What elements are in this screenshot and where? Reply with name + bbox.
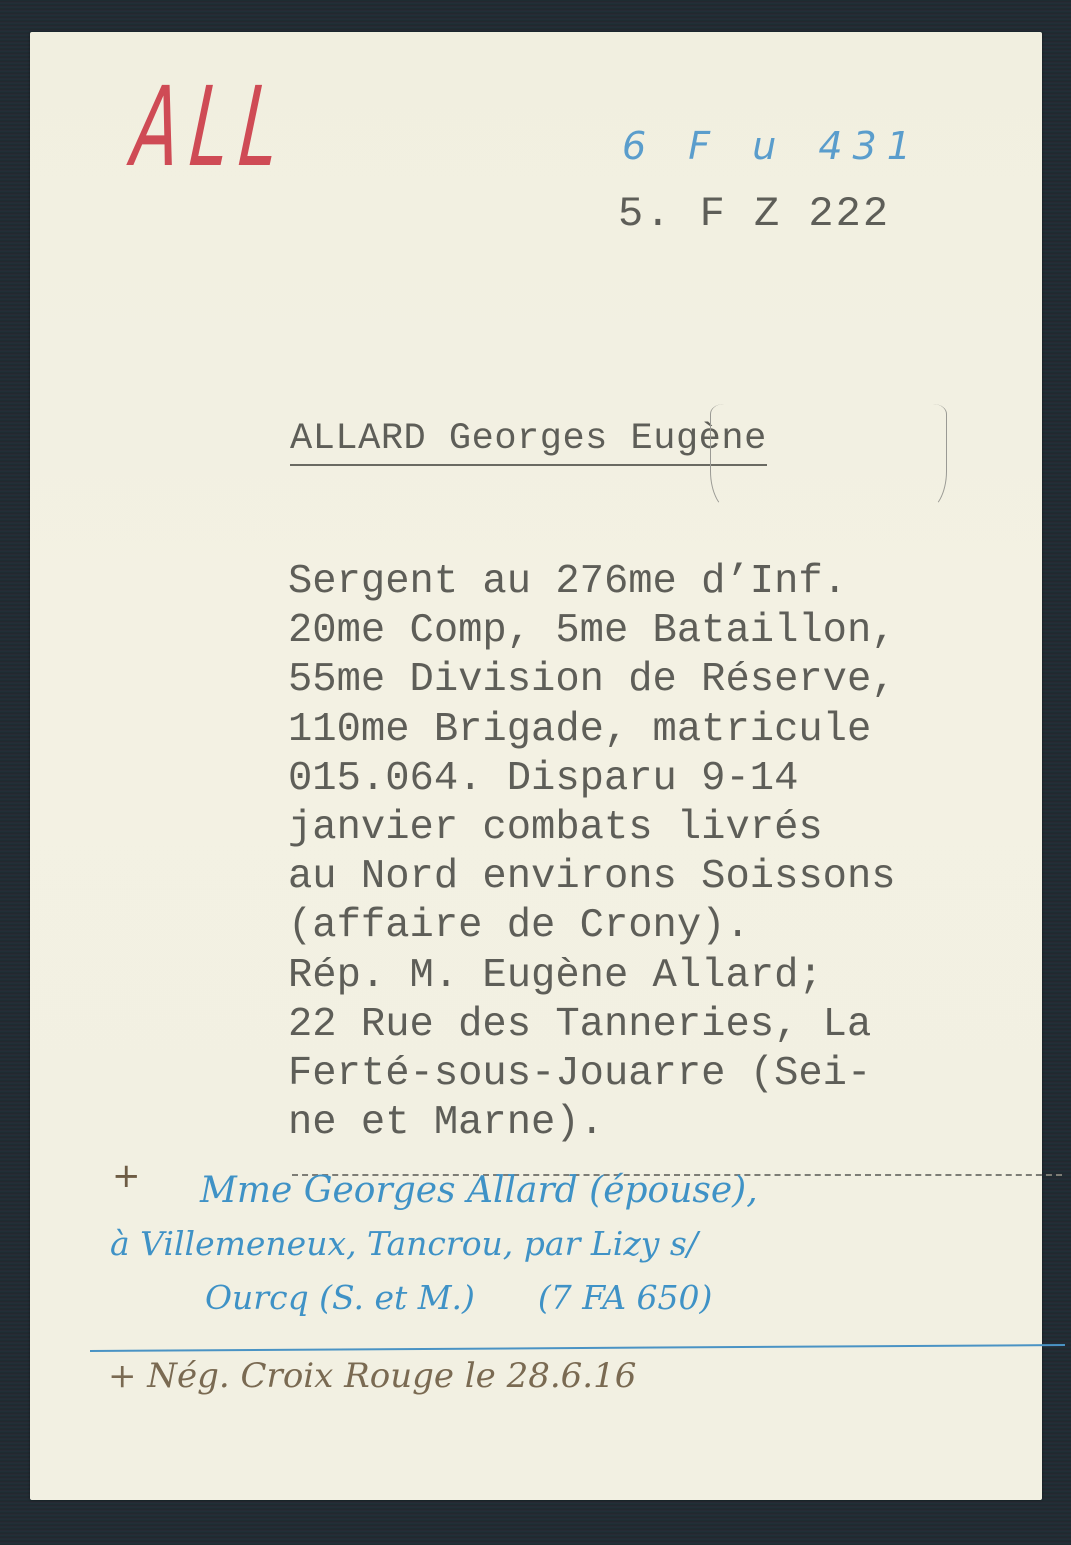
body-line: Ferté-sous-Jouarre (Sei- (288, 1051, 871, 1097)
body-line: Sergent au 276me d’Inf. (288, 559, 847, 605)
body-line: Rép. M. Eugène Allard; (288, 953, 823, 999)
body-line: ne et Marne). (288, 1100, 604, 1146)
body-line: au Nord environs Soissons (288, 854, 896, 900)
handwritten-reference: 6 F u 431 (622, 124, 921, 168)
annotation-plus-mark: + (112, 1156, 141, 1196)
handwritten-note-line: à Villemeneux, Tancrou, par Lizy s/ (110, 1224, 698, 1263)
person-name: ALLARD Georges Eugène (290, 418, 767, 466)
index-card: ALL 6 F u 431 5. F Z 222 ALLARD Georges … (30, 32, 1042, 1500)
record-body: Sergent au 276me d’Inf. 20me Comp, 5me B… (288, 558, 896, 1148)
handwritten-alpha-code: ALL (128, 72, 294, 182)
body-line: 55me Division de Réserve, (288, 657, 896, 703)
body-line: janvier combats livrés (288, 805, 823, 851)
body-line: 015.064. Disparu 9-14 (288, 756, 798, 802)
body-line: 20me Comp, 5me Bataillon, (288, 608, 896, 654)
typed-reference: 5. F Z 222 (618, 190, 890, 238)
body-line: 22 Rue des Tanneries, La (288, 1002, 871, 1048)
blue-ink-rule (90, 1344, 1065, 1352)
handwritten-brown-note: + Nég. Croix Rouge le 28.6.16 (108, 1356, 636, 1396)
body-line: 110me Brigade, matricule (288, 707, 871, 753)
body-line: (affaire de Crony). (288, 903, 750, 949)
handwritten-note-line: Mme Georges Allard (épouse), (200, 1170, 758, 1211)
pencil-bracket-mark (710, 404, 947, 511)
handwritten-note-line: Ourcq (S. et M.) (7 FA 650) (205, 1278, 712, 1317)
